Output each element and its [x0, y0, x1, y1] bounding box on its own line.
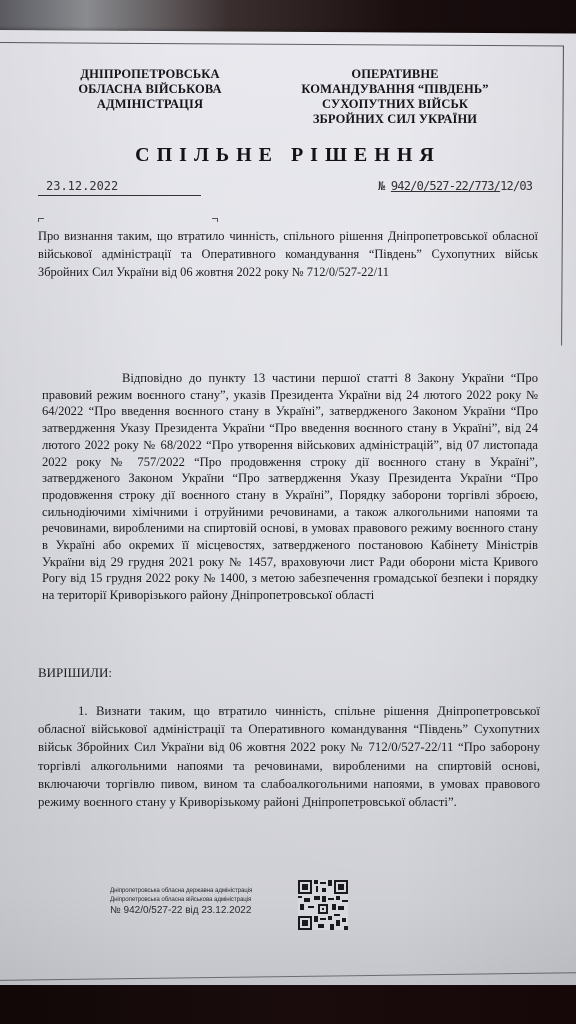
page-border-right [561, 45, 564, 345]
preamble-paragraph: Відповідно до пункту 13 частини першої с… [42, 370, 538, 604]
issuer-right-line: ЗБРОЙНИХ СИЛ УКРАЇНИ [285, 112, 505, 127]
document-subject: Про визнання таким, що втратило чинність… [38, 227, 538, 281]
document-number: № 942/0/527-22/773/12/03 [378, 177, 532, 195]
issuer-left: ДНІПРОПЕТРОВСЬКА ОБЛАСНА ВІЙСЬКОВА АДМІН… [60, 67, 240, 112]
subject-corner-left [38, 218, 44, 222]
issuer-right-line: ОПЕРАТИВНЕ [285, 67, 505, 82]
number-main: 942/0/527-22/773/ [391, 179, 500, 193]
number-suffix: 12/03 [500, 179, 532, 193]
stamp-line: Дніпропетровська обласна військова адмін… [110, 895, 280, 904]
issuer-right: ОПЕРАТИВНЕ КОМАНДУВАННЯ “ПІВДЕНЬ” СУХОПУ… [285, 67, 505, 127]
resolved-heading: ВИРІШИЛИ: [38, 665, 112, 681]
page-border-bottom [0, 972, 576, 981]
document-date: 23.12.2022 [38, 177, 201, 196]
stamp-number: № 942/0/527-22 від 23.12.2022 [110, 904, 280, 918]
issuer-left-line: ОБЛАСНА ВІЙСЬКОВА [60, 82, 240, 97]
registration-stamp: Дніпропетровська обласна державна адміні… [110, 886, 280, 918]
stamp-line: Дніпропетровська обласна державна адміні… [110, 886, 280, 895]
resolution-item: 1. Визнати таким, що втратило чинність, … [38, 702, 540, 811]
document-title: СПІЛЬНЕ РІШЕННЯ [0, 144, 576, 167]
issuer-left-line: АДМІНІСТРАЦІЯ [60, 97, 240, 112]
issuer-right-line: СУХОПУТНИХ ВІЙСЬК [285, 97, 505, 112]
number-prefix: № [378, 179, 384, 193]
issuer-left-line: ДНІПРОПЕТРОВСЬКА [60, 67, 240, 82]
issuer-right-line: КОМАНДУВАННЯ “ПІВДЕНЬ” [285, 82, 505, 97]
page-border-top [0, 42, 564, 46]
subject-corner-right [212, 218, 218, 222]
qr-code-icon [298, 880, 348, 930]
background-surface-bottom [0, 985, 576, 1024]
